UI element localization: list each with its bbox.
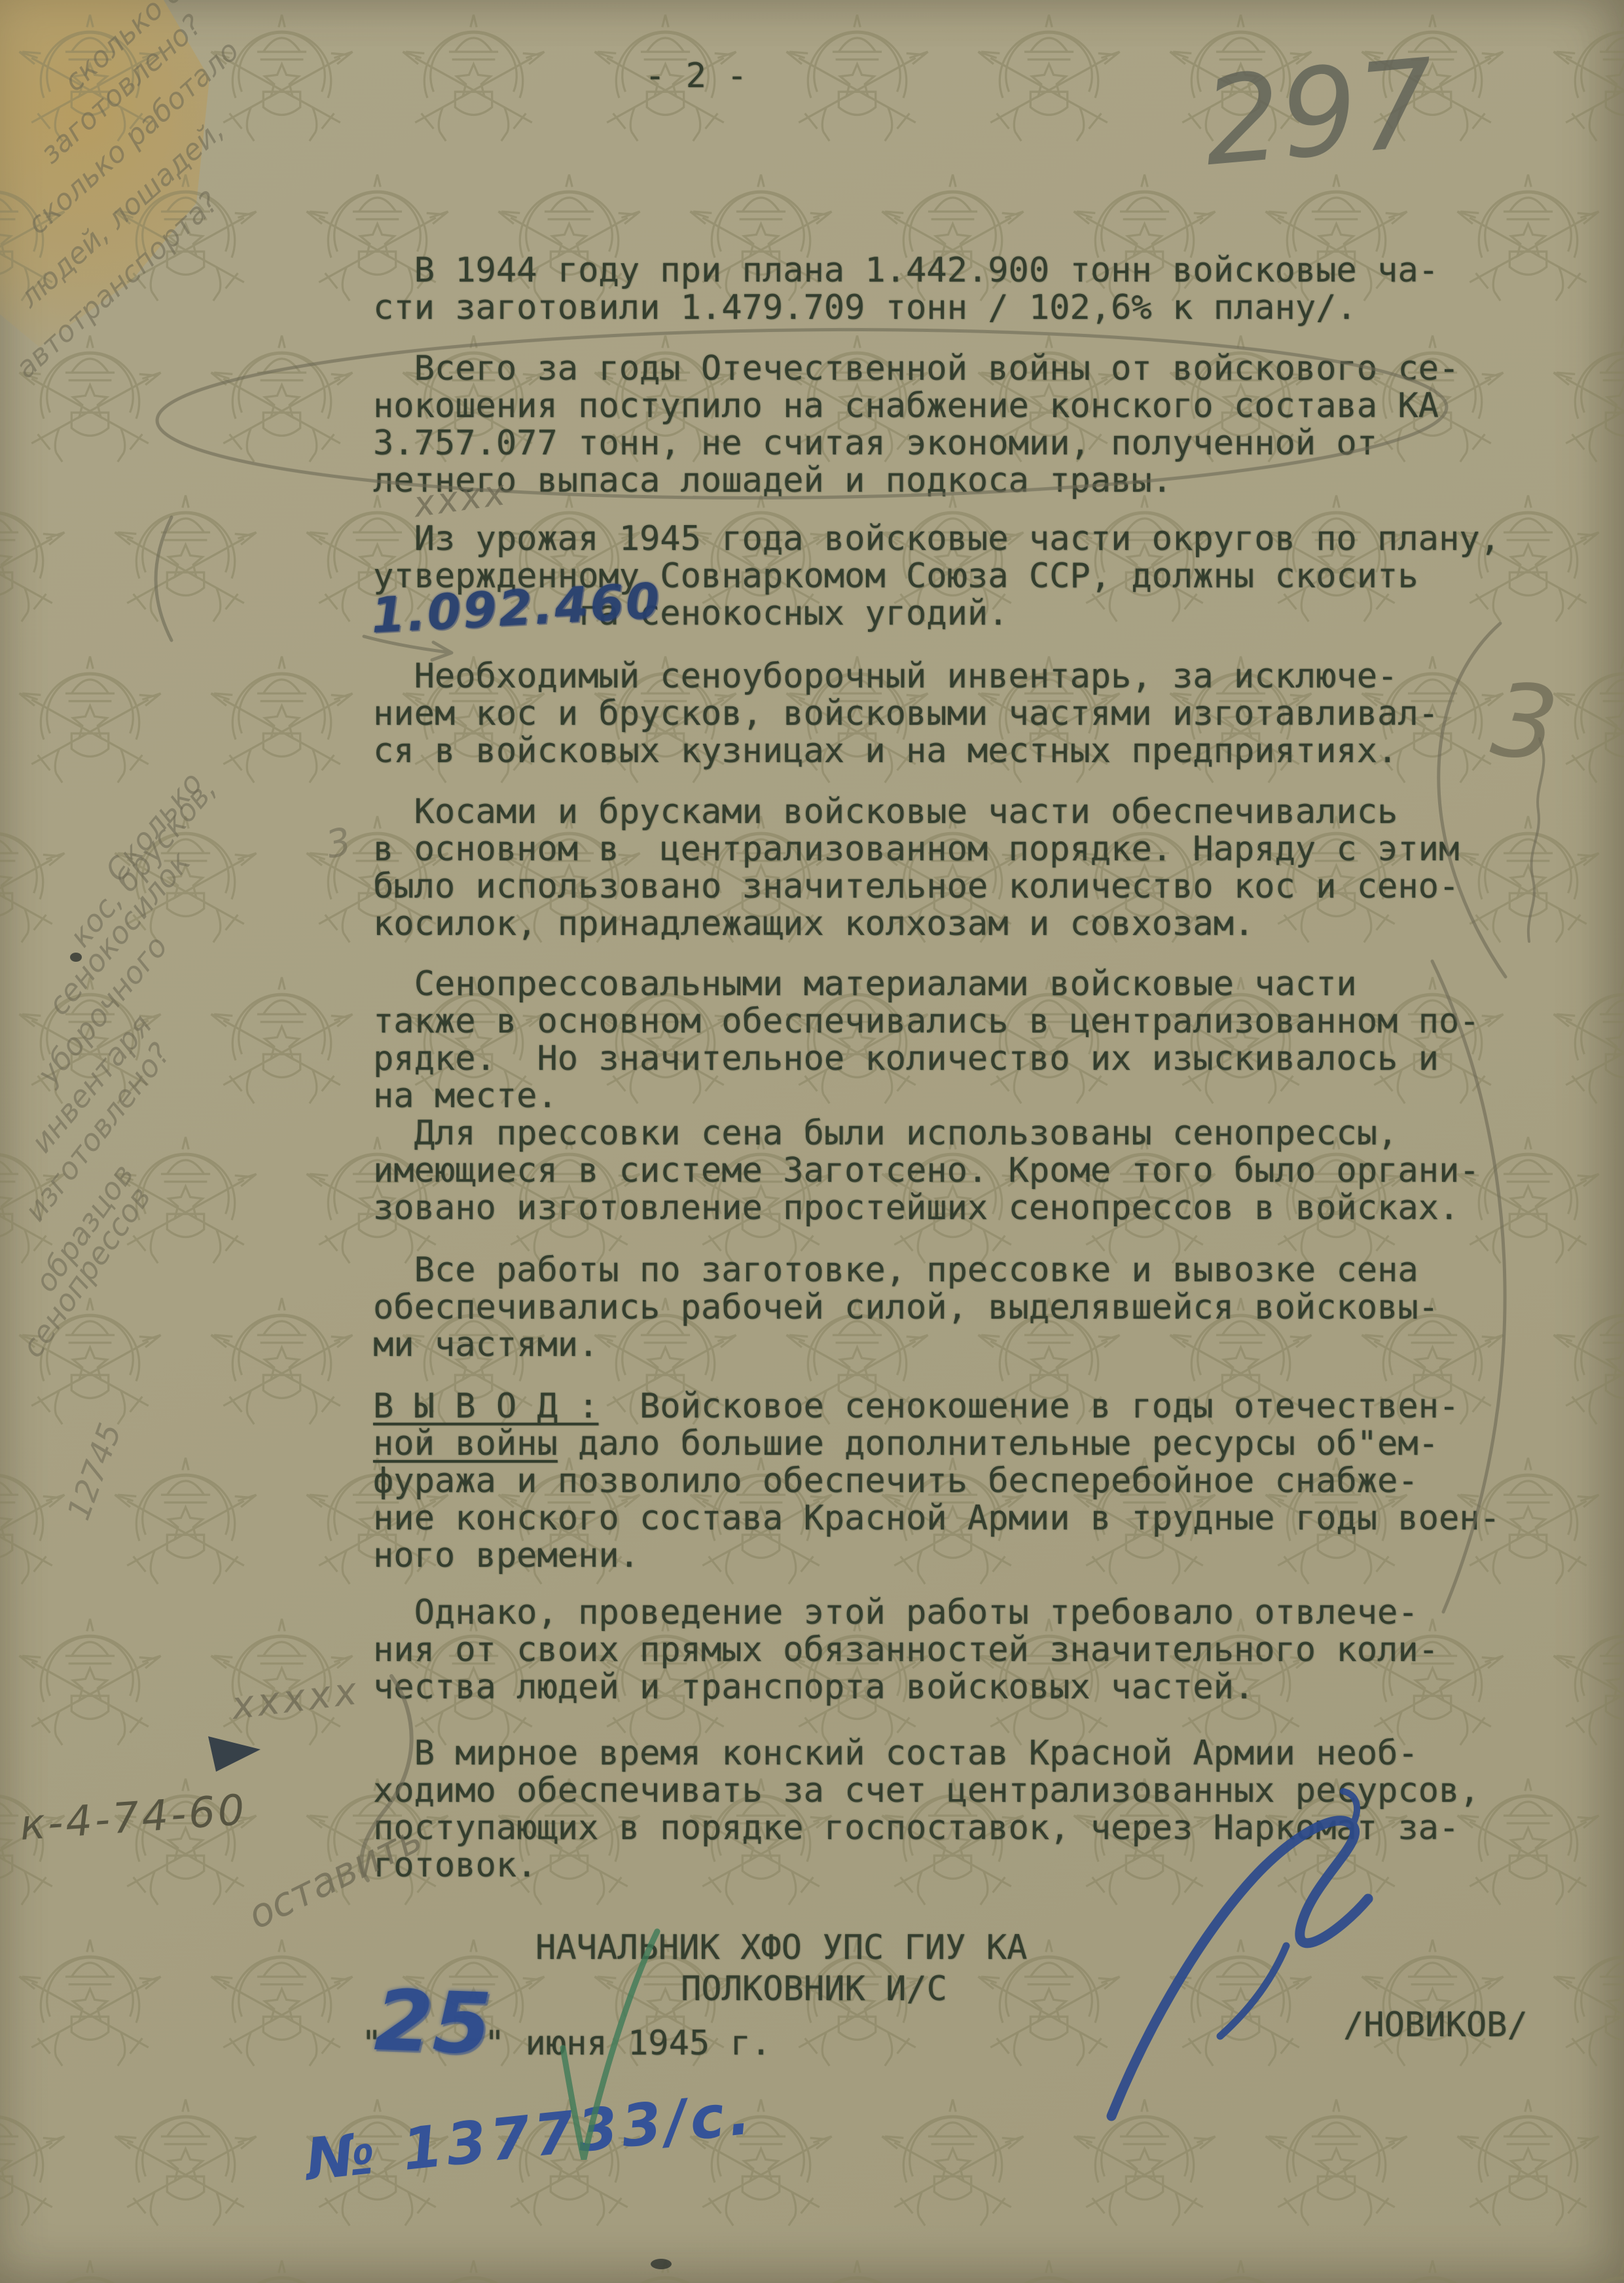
paragraph-8: Все работы по заготовке, прессовке и выв… — [373, 1252, 1439, 1364]
conclusion-label: В Ы В О Д : — [373, 1387, 598, 1426]
margin-date-note: 12745 — [60, 1419, 129, 1525]
margin-figure-three: 3 — [1487, 660, 1563, 784]
paragraph-6: Сенопрессовальными материалами войсковые… — [373, 966, 1480, 1115]
document-page: - 2 - В 1944 году при плана 1.442.900 то… — [0, 0, 1624, 2283]
paragraph-11: В мирное время конский состав Красной Ар… — [373, 1735, 1480, 1884]
pencil-code: к-4-74-60 — [18, 1786, 249, 1850]
paragraph-5: Косами и брусками войсковые части обеспе… — [373, 794, 1459, 943]
handwritten-day: 25 — [373, 1972, 493, 2073]
conclusion-line2: дало большие дополнительные ресурсы об"е… — [558, 1424, 1439, 1463]
conclusion-rest: фуража и позволило обеспечить бесперебой… — [373, 1461, 1500, 1575]
handwritten-doc-number: № 137733/с. — [302, 2079, 757, 2193]
paragraph-4: Необходимый сеноуборочный инвентарь, за … — [373, 658, 1439, 770]
ink-arrowhead-blot — [208, 1736, 261, 1772]
signature-title-line1: НАЧАЛЬНИК ХФО УПС ГИУ КА — [535, 1929, 1027, 1967]
paragraph-9-conclusion: В Ы В О Д : Войсковое сенокошение в годы… — [373, 1388, 1500, 1575]
paragraph-1: В 1944 году при плана 1.442.900 тонн вой… — [373, 252, 1439, 327]
conclusion-line2-underlined: ной войны — [373, 1424, 558, 1463]
signature-title-line2: ПОЛКОВНИК И/С — [681, 1971, 947, 2008]
paragraph-7: Для прессовки сена были использованы сен… — [373, 1115, 1480, 1227]
bottom-blot — [651, 2259, 672, 2269]
paragraph-2: Всего за годы Отечественной войны от вой… — [373, 350, 1459, 500]
conclusion-line1: Войсковое сенокошение в годы отечествен- — [598, 1387, 1459, 1426]
signature-name: /НОВИКОВ/ — [1343, 2007, 1528, 2044]
x-marks: ххххх — [229, 1668, 362, 1728]
small-three: 3 — [322, 818, 355, 867]
folio-number: 297 — [1198, 32, 1441, 193]
page-number: - 2 - — [645, 58, 748, 95]
pencil-paren-paragraph-3 — [156, 517, 171, 640]
paragraph-10: Однако, проведение этой работы требовало… — [373, 1594, 1439, 1706]
